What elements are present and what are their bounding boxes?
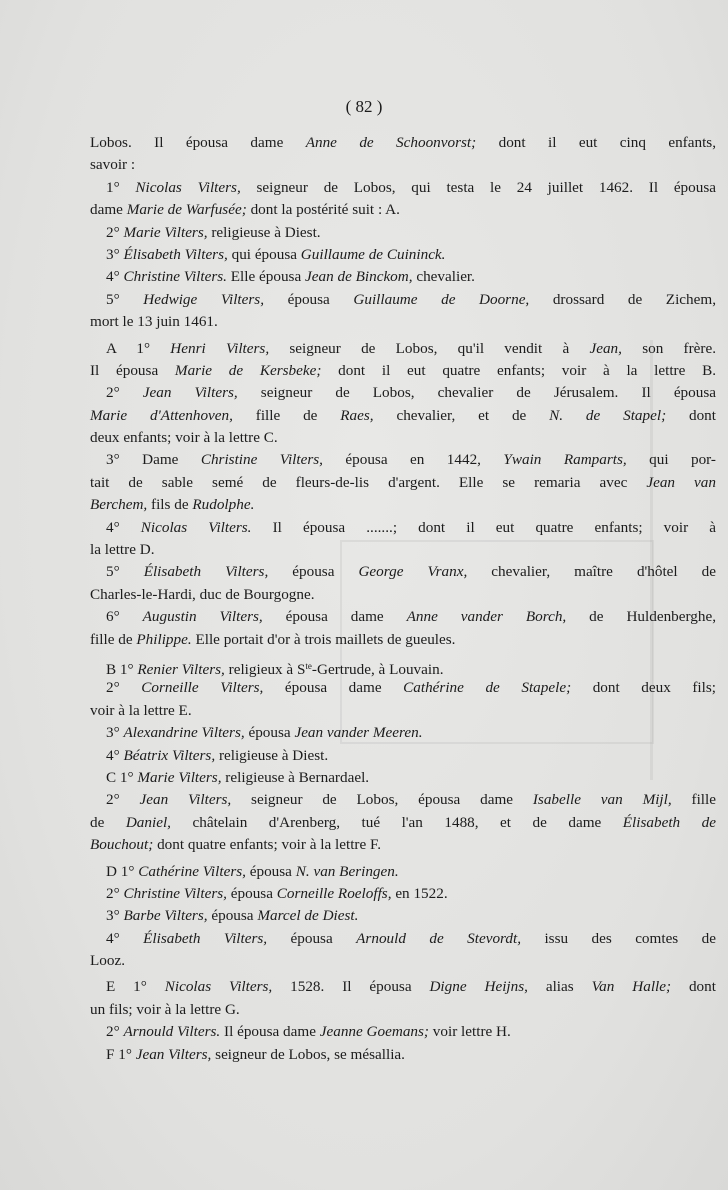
text-line: D 1° Cathérine Vilters, épousa N. van Be… bbox=[90, 861, 716, 883]
text-line: 2° Jean Vilters, seigneur de Lobos, épou… bbox=[90, 789, 716, 811]
text-line: Berchem, fils de Rudolphe. bbox=[90, 494, 716, 516]
text-line: 3° Barbe Vilters, épousa Marcel de Diest… bbox=[90, 905, 716, 927]
text-line: 5° Élisabeth Vilters, épousa George Vran… bbox=[90, 561, 716, 583]
text-line: F 1° Jean Vilters, seigneur de Lobos, se… bbox=[90, 1044, 716, 1066]
text-line: deux enfants; voir à la lettre C. bbox=[90, 427, 716, 449]
text-line: B 1° Renier Vilters, religieux à Ste-Ger… bbox=[90, 655, 716, 677]
text-line: savoir : bbox=[90, 154, 716, 176]
page-number: ( 82 ) bbox=[0, 97, 728, 117]
text-line: 2° Corneille Vilters, épousa dame Cathér… bbox=[90, 677, 716, 699]
text-line: la lettre D. bbox=[90, 539, 716, 561]
text-line: 2° Arnould Vilters. Il épousa dame Jeann… bbox=[90, 1021, 716, 1043]
text-line: E 1° Nicolas Vilters, 1528. Il épousa Di… bbox=[90, 976, 716, 998]
text-line: 4° Christine Vilters. Elle épousa Jean d… bbox=[90, 266, 716, 288]
text-line: Looz. bbox=[90, 950, 716, 972]
text-line: mort le 13 juin 1461. bbox=[90, 311, 716, 333]
text-line: 2° Christine Vilters, épousa Corneille R… bbox=[90, 883, 716, 905]
text-line: 4° Nicolas Vilters. Il épousa .......; d… bbox=[90, 517, 716, 539]
text-line: Charles-le-Hardi, duc de Bourgogne. bbox=[90, 584, 716, 606]
text-line: tait de sable semé de fleurs-de-lis d'ar… bbox=[90, 472, 716, 494]
text-line: Il épousa Marie de Kersbeke; dont il eut… bbox=[90, 360, 716, 382]
text-line: 4° Élisabeth Vilters, épousa Arnould de … bbox=[90, 928, 716, 950]
text-line: voir à la lettre E. bbox=[90, 700, 716, 722]
text-line: C 1° Marie Vilters, religieuse à Bernard… bbox=[90, 767, 716, 789]
text-line: A 1° Henri Vilters, seigneur de Lobos, q… bbox=[90, 338, 716, 360]
text-line: 3° Dame Christine Vilters, épousa en 144… bbox=[90, 449, 716, 471]
text-line: 3° Élisabeth Vilters, qui épousa Guillau… bbox=[90, 244, 716, 266]
genealogy-text: Lobos. Il épousa dame Anne de Schoonvors… bbox=[90, 132, 716, 1066]
text-line: Bouchout; dont quatre enfants; voir à la… bbox=[90, 834, 716, 856]
text-line: de Daniel, châtelain d'Arenberg, tué l'a… bbox=[90, 812, 716, 834]
text-line: 2° Jean Vilters, seigneur de Lobos, chev… bbox=[90, 382, 716, 404]
text-line: 4° Béatrix Vilters, religieuse à Diest. bbox=[90, 745, 716, 767]
text-line: Lobos. Il épousa dame Anne de Schoonvors… bbox=[90, 132, 716, 154]
text-line: 3° Alexandrine Vilters, épousa Jean vand… bbox=[90, 722, 716, 744]
text-line: Marie d'Attenhoven, fille de Raes, cheva… bbox=[90, 405, 716, 427]
text-line: 6° Augustin Vilters, épousa dame Anne va… bbox=[90, 606, 716, 628]
text-line: 1° Nicolas Vilters, seigneur de Lobos, q… bbox=[90, 177, 716, 199]
text-line: fille de Philippe. Elle portait d'or à t… bbox=[90, 629, 716, 651]
text-line: 5° Hedwige Vilters, épousa Guillaume de … bbox=[90, 289, 716, 311]
text-line: un fils; voir à la lettre G. bbox=[90, 999, 716, 1021]
text-line: 2° Marie Vilters, religieuse à Diest. bbox=[90, 222, 716, 244]
scanned-page: ( 82 ) Lobos. Il épousa dame Anne de Sch… bbox=[0, 0, 728, 1190]
text-line: dame Marie de Warfusée; dont la postérit… bbox=[90, 199, 716, 221]
